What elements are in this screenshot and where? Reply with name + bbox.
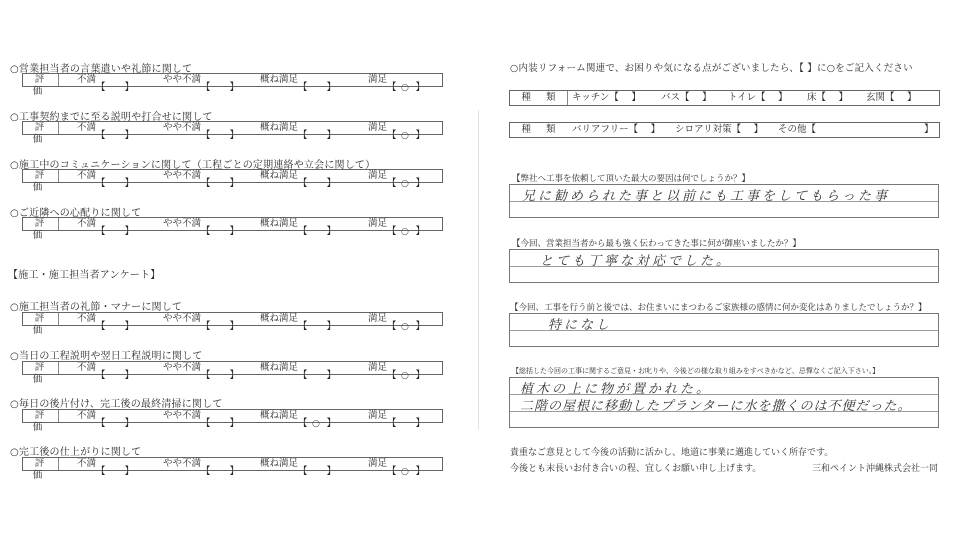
option-kitchen: キッチン	[572, 92, 609, 103]
option-dissatisfied: 不満	[77, 218, 96, 229]
question-title: ○毎日の後片付け、完工後の最終清掃に関して	[10, 395, 223, 410]
rating-label: 評 価	[23, 362, 59, 374]
free-answer-field[interactable]: 特になし	[509, 313, 939, 347]
option-satisfied: 満足	[368, 362, 387, 373]
column-divider	[478, 110, 479, 430]
rating-label: 評 価	[23, 410, 59, 422]
option-mostly-satisfied: 概ね満足	[260, 74, 298, 85]
option-somewhat-dissatisfied: やや不満	[163, 74, 201, 85]
question-title: ○施工担当者の礼節・マナーに関して	[10, 298, 182, 313]
question-title: ○完工後の仕上がりに関して	[10, 443, 141, 458]
closing-line-2: 今後とも末長いお付き合いの程、宜しくお願い申し上げます。	[510, 461, 761, 474]
rating-label: 評 価	[23, 170, 59, 182]
option-somewhat-dissatisfied: やや不満	[163, 313, 201, 324]
free-answer-field[interactable]: とても丁寧な対応でした。	[509, 249, 939, 283]
option-barrier-free: バリアフリー	[572, 124, 629, 135]
option-satisfied: 満足	[368, 74, 387, 85]
rating-label: 評 価	[23, 218, 59, 230]
rating-row: 評 価 不満【】 やや不満【】 概ね満足【】 満足【○】	[22, 361, 443, 375]
option-entrance: 玄関	[866, 92, 885, 103]
option-satisfied: 満足	[368, 170, 387, 181]
option-satisfied: 満足	[368, 458, 387, 469]
option-bath: バス	[661, 92, 680, 103]
option-somewhat-dissatisfied: やや不満	[163, 170, 201, 181]
rating-row: 評 価 不満【】 やや不満【】 概ね満足【】 満足【○】	[22, 169, 443, 183]
rating-row: 評 価 不満【】 やや不満【】 概ね満足【】 満足【○】	[22, 457, 443, 471]
option-dissatisfied: 不満	[77, 410, 96, 421]
option-satisfied: 満足	[368, 313, 387, 324]
checkbox-toilet[interactable]: 【 】	[756, 92, 788, 103]
type-label: 種 類	[510, 91, 568, 105]
rating-label: 評 価	[23, 458, 59, 470]
option-dissatisfied: 不満	[77, 458, 96, 469]
checkbox-entrance[interactable]: 【 】	[885, 92, 917, 103]
handwritten-answer-line-2: 二階の屋根に移動したプランターに水を撒くのは不便だった。	[520, 395, 911, 414]
rating-row: 評 価 不満【】 やや不満【】 概ね満足【】 満足【○】	[22, 312, 443, 326]
question-title: ○当日の工程説明や翌日工程説明に関して	[10, 347, 203, 362]
option-somewhat-dissatisfied: やや不満	[163, 458, 201, 469]
option-floor: 床	[807, 92, 817, 103]
option-mostly-satisfied: 概ね満足	[260, 362, 298, 373]
option-somewhat-dissatisfied: やや不満	[163, 122, 201, 133]
rating-row: 評 価 不満【】 やや不満【】 概ね満足【○】 満足【】	[22, 409, 443, 423]
option-toilet: トイレ	[728, 92, 756, 103]
option-satisfied: 満足	[368, 122, 387, 133]
rating-label: 評 価	[23, 313, 59, 325]
closing-line-1: 貴重なご意見として今後の活動に活かし、地道に事業に邁進していく所存です。	[510, 445, 833, 458]
handwritten-answer: 特になし	[548, 314, 612, 333]
free-answer-field[interactable]: 兄に勧められた事と以前にも工事をしてもらった事	[509, 184, 939, 218]
option-dissatisfied: 不満	[77, 122, 96, 133]
checkbox-other[interactable]: 【	[807, 124, 817, 135]
option-dissatisfied: 不満	[77, 170, 96, 181]
option-satisfied: 満足	[368, 218, 387, 229]
checkbox-bath[interactable]: 【 】	[680, 92, 712, 103]
rating-row: 評 価 不満【】 やや不満【】 概ね満足【】 満足【○】	[22, 217, 443, 231]
option-mostly-satisfied: 概ね満足	[260, 218, 298, 229]
option-mostly-satisfied: 概ね満足	[260, 122, 298, 133]
option-dissatisfied: 不満	[77, 74, 96, 85]
option-mostly-satisfied: 概ね満足	[260, 170, 298, 181]
option-mostly-satisfied: 概ね満足	[260, 313, 298, 324]
free-question-title: 【総括した今回の工事に関するご意見・お叱りや、今後どの様な取り組みをすべきかなど…	[512, 366, 879, 376]
checkbox-barrier-free[interactable]: 【 】	[629, 124, 661, 135]
option-other: その他	[778, 124, 807, 135]
handwritten-answer: 兄に勧められた事と以前にも工事をしてもらった事	[522, 185, 890, 204]
handwritten-answer: とても丁寧な対応でした。	[540, 250, 732, 269]
rating-label: 評 価	[23, 122, 59, 134]
free-question-title: 【今回、工事を行う前と後では、お住まいにまつわるご家族様の感情に何か変化はありま…	[510, 301, 927, 313]
type-label: 種 類	[510, 123, 567, 137]
section-heading: 【施工・施工担当者アンケート】	[8, 266, 160, 281]
option-dissatisfied: 不満	[77, 313, 96, 324]
option-mostly-satisfied: 概ね満足	[260, 410, 298, 421]
rating-row: 評 価 不満【】 やや不満【】 概ね満足【】 満足【○】	[22, 73, 443, 87]
type-row-1: 種 類 キッチン【 】 バス【 】 トイレ【 】 床【 】 玄関【 】	[509, 90, 940, 106]
checkbox-floor[interactable]: 【 】	[817, 92, 849, 103]
option-dissatisfied: 不満	[77, 362, 96, 373]
rating-row: 評 価 不満【】 やや不満【】 概ね満足【】 満足【○】	[22, 121, 443, 135]
checkbox-kitchen[interactable]: 【 】	[609, 92, 641, 103]
option-termite-control: シロアリ対策	[675, 124, 732, 135]
type-row-2: 種 類 バリアフリー【 】 シロアリ対策【 】 その他【 】	[509, 122, 940, 138]
option-satisfied: 満足	[368, 410, 387, 421]
option-mostly-satisfied: 概ね満足	[260, 458, 298, 469]
option-somewhat-dissatisfied: やや不満	[163, 362, 201, 373]
company-signature: 三和ペイント沖縄株式会社一同	[812, 461, 938, 474]
checkbox-termite-control[interactable]: 【 】	[732, 124, 764, 135]
free-question-title: 【弊社へ工事を依頼して頂いた最大の要因は何でしょうか？】	[512, 172, 750, 184]
free-question-title: 【今回、営業担当者から最も強く伝わってきた事に何が御座いましたか？】	[512, 237, 801, 249]
interior-question-title: ○内装リフォーム関連で、お困りや気になる点がございましたら、【 】に○をご記入く…	[510, 60, 913, 74]
free-answer-field[interactable]: 植木の上に物が置かれた。 二階の屋根に移動したプランターに水を撒くのは不便だった…	[509, 377, 939, 428]
rating-label: 評 価	[23, 74, 59, 86]
option-somewhat-dissatisfied: やや不満	[163, 410, 201, 421]
option-somewhat-dissatisfied: やや不満	[163, 218, 201, 229]
